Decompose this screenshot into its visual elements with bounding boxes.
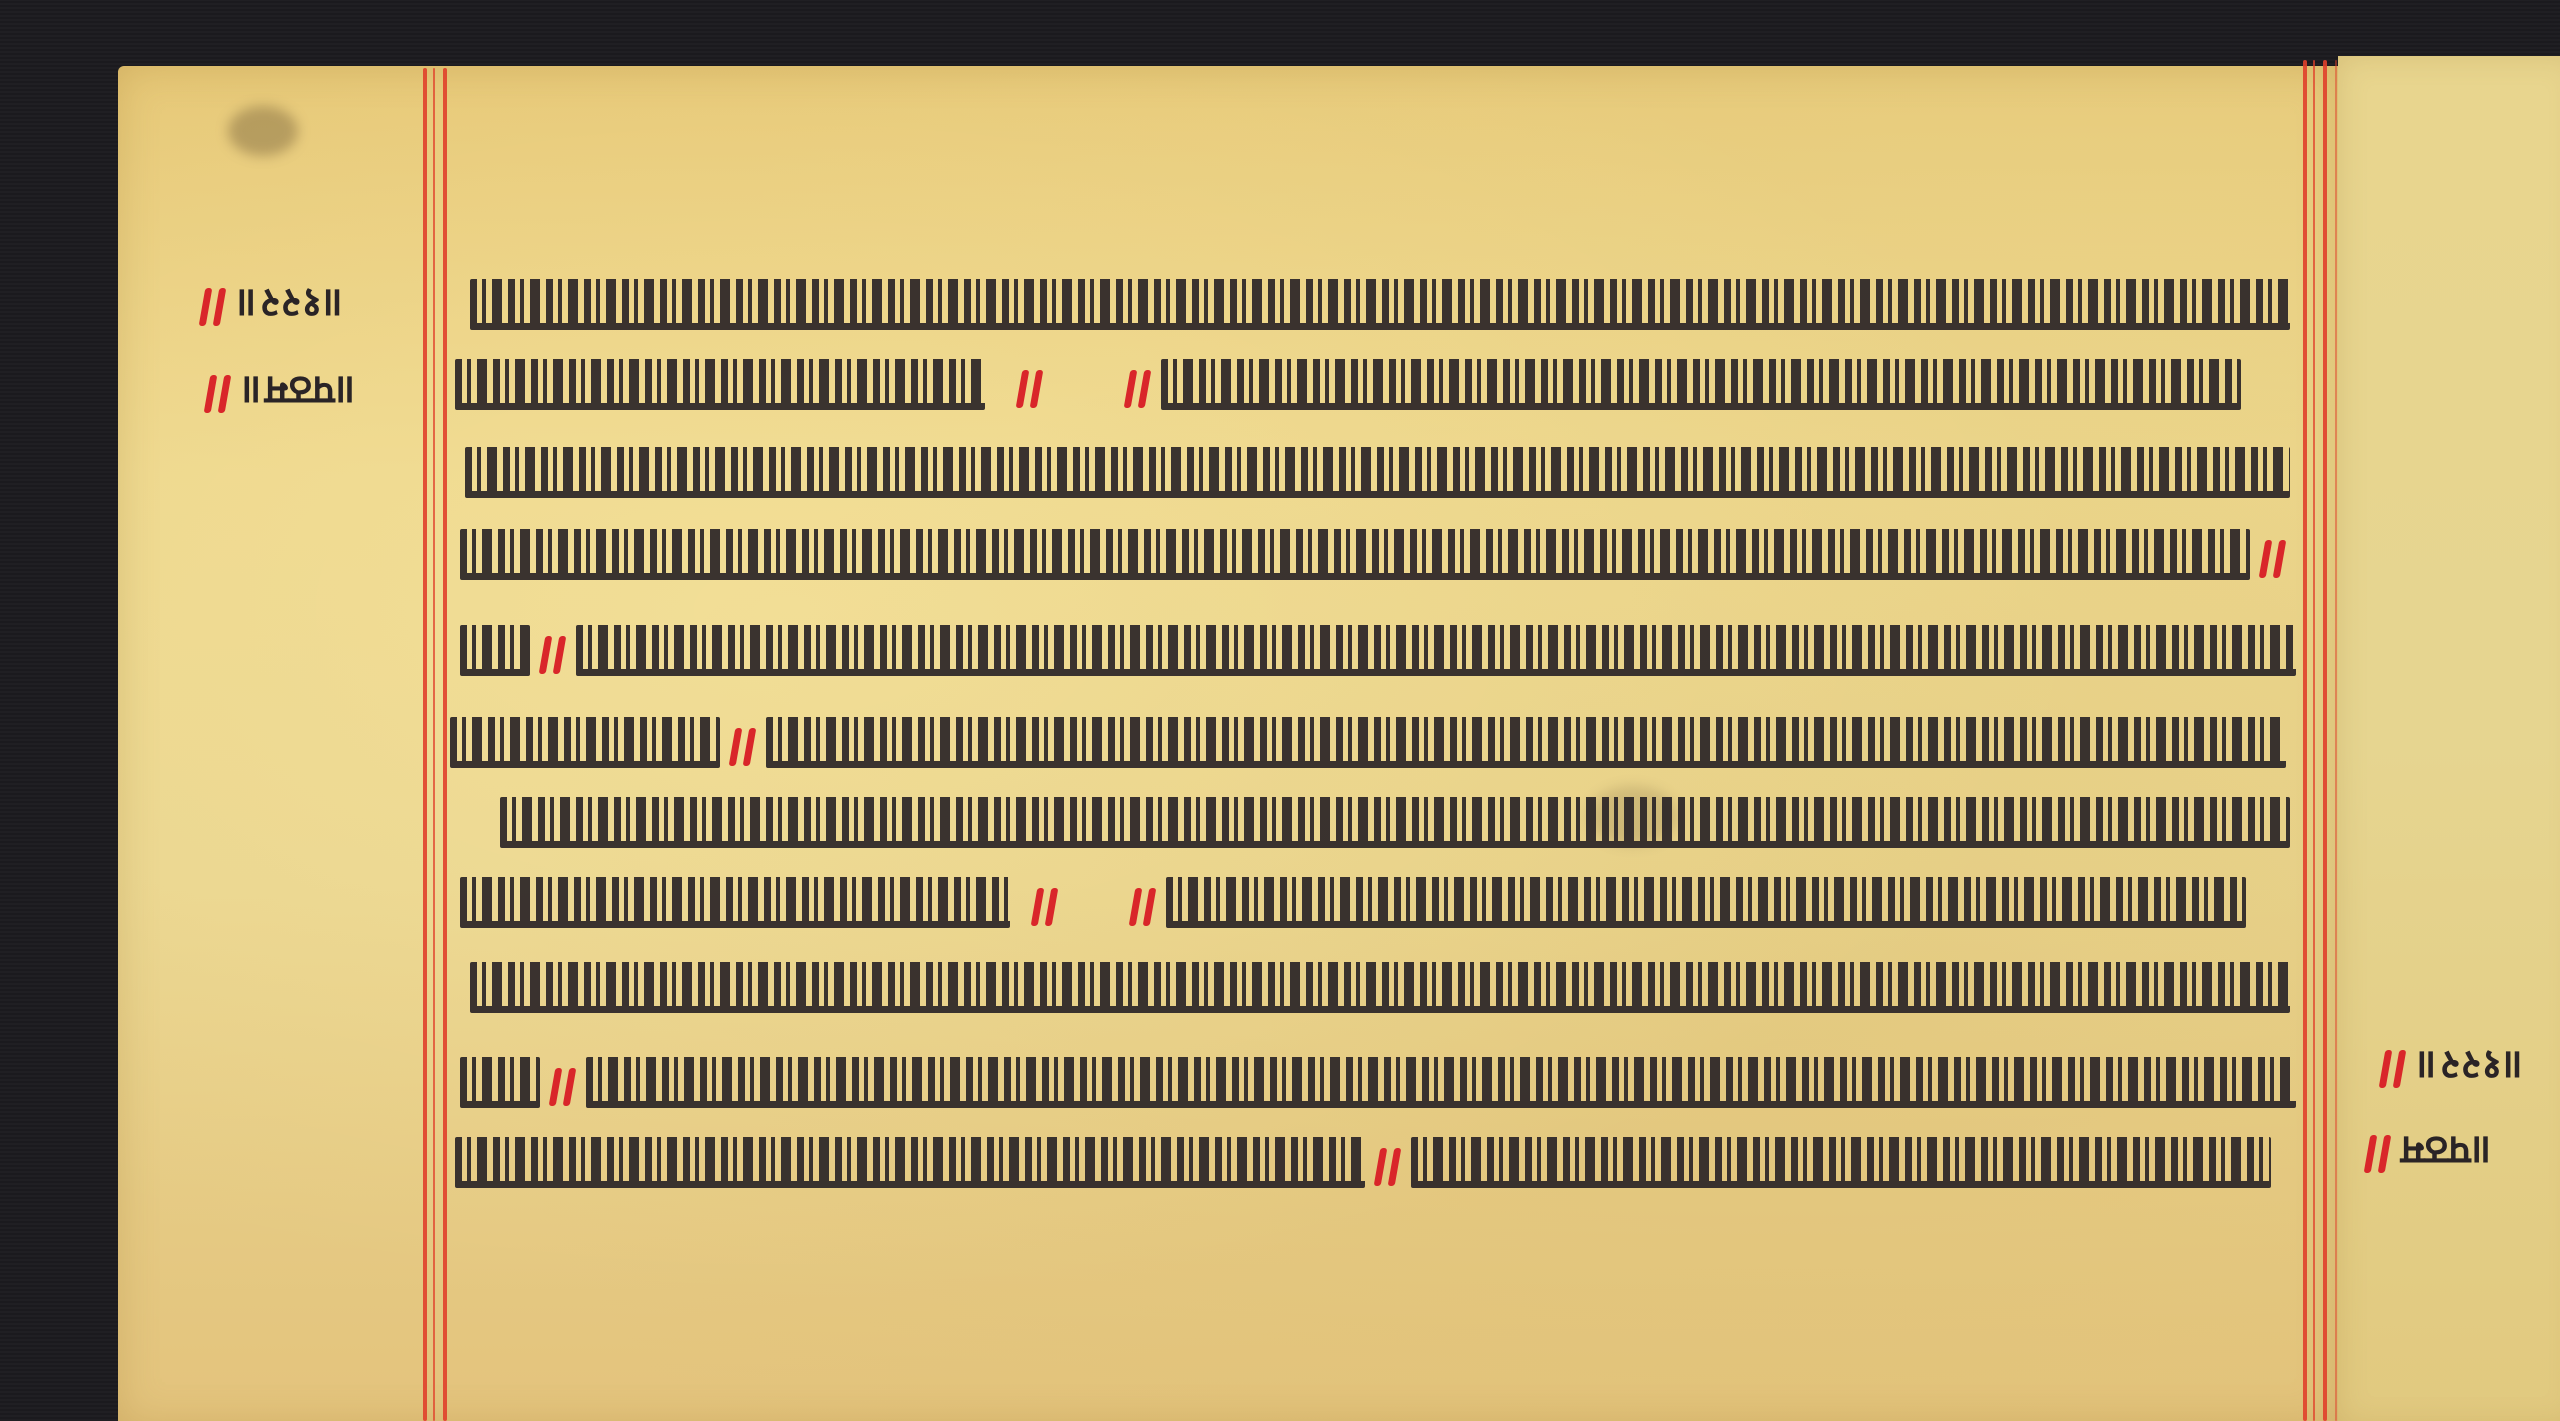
left-margin-folio-number: ॥१२२॥: [190, 278, 346, 333]
folio-number-text: ॥१२२॥: [236, 278, 346, 333]
red-double-danda: [1030, 884, 1060, 928]
red-double-danda: [728, 724, 758, 768]
script-line-ink: [1161, 359, 2241, 410]
red-double-danda: [203, 371, 233, 415]
script-line-ink: [470, 962, 2290, 1013]
left-rule-line: [433, 68, 435, 1421]
red-double-danda: [2378, 1046, 2408, 1090]
red-double-danda: [1128, 884, 1158, 928]
red-double-danda: [548, 1064, 578, 1108]
script-line-ink: [576, 625, 2296, 676]
script-line-ink: [455, 359, 985, 410]
text-line: [470, 955, 2300, 1013]
script-line-ink: [460, 1057, 540, 1108]
text-line: [455, 352, 2300, 410]
left-margin-folio-title: ॥पठम॥: [195, 365, 359, 420]
adjacent-folio: [2338, 56, 2560, 1421]
red-double-danda: [198, 284, 228, 328]
script-line-ink: [460, 529, 2250, 580]
folio-number-text: ॥१२२॥: [2416, 1040, 2526, 1095]
script-line-ink: [455, 1137, 1365, 1188]
script-line-ink: [1411, 1137, 2271, 1188]
text-line: [460, 522, 2300, 580]
script-line-ink: [460, 877, 1010, 928]
script-line-ink: [766, 717, 2286, 768]
right-rule-line: [2335, 60, 2337, 1421]
folio-title-text: ॥पठम॥: [241, 365, 359, 420]
folio-title-text: ॥पठम: [2401, 1125, 2495, 1180]
text-line: [470, 272, 2300, 330]
red-double-danda: [2363, 1131, 2393, 1175]
red-double-danda: [538, 632, 568, 676]
right-rule-line: [2313, 60, 2315, 1421]
script-line-ink: [470, 279, 2290, 330]
script-line-ink: [460, 625, 530, 676]
text-line: [455, 1130, 2300, 1188]
text-line: [460, 1050, 2300, 1108]
red-double-danda: [2258, 536, 2288, 580]
text-line: [465, 440, 2300, 498]
script-line-ink: [500, 797, 2290, 848]
right-rule-line: [2303, 60, 2307, 1421]
script-line-ink: [1166, 877, 2246, 928]
right-margin-folio-number: ॥१२२॥: [2370, 1040, 2526, 1095]
right-margin-folio-title: ॥पठम: [2355, 1125, 2495, 1180]
red-double-danda: [1373, 1144, 1403, 1188]
red-double-danda: [1015, 366, 1045, 410]
left-rule-line: [443, 68, 447, 1421]
text-line: [450, 710, 2300, 768]
text-line: [460, 870, 2300, 928]
text-line: [460, 618, 2300, 676]
script-line-ink: [465, 447, 2290, 498]
text-line: [500, 790, 2300, 848]
red-double-danda: [1123, 366, 1153, 410]
right-rule-line: [2323, 60, 2327, 1421]
ink-stain: [228, 106, 298, 156]
script-line-ink: [586, 1057, 2296, 1108]
left-rule-line: [423, 68, 427, 1421]
script-line-ink: [450, 717, 720, 768]
